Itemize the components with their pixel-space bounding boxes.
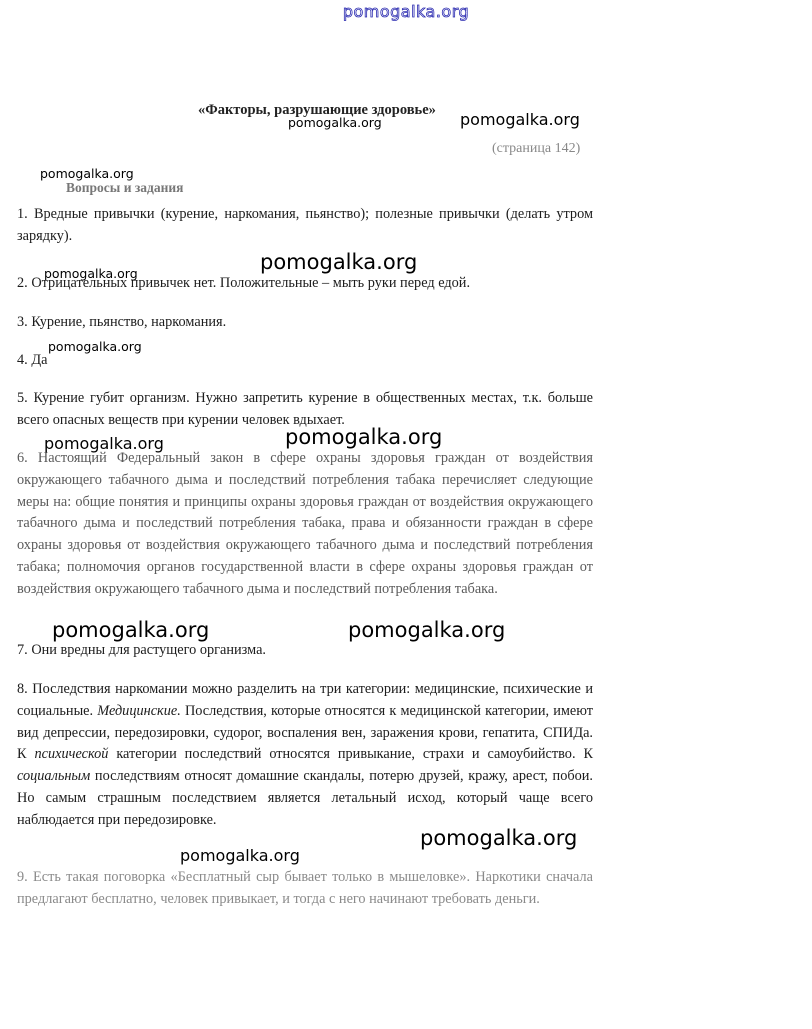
emphasis-social: социальным [17,768,90,784]
watermark: pomogalka.org [44,434,164,453]
site-header-link[interactable]: pomogalka.org [0,2,812,21]
emphasis-psychic: психической [34,746,108,762]
answer-number: 4. [17,352,28,368]
watermark: pomogalka.org [40,166,134,181]
answer-text: Они вредны для растущего организма. [31,642,266,658]
answer-text: Есть такая поговорка «Бесплатный сыр быв… [17,869,593,907]
answer-6: 6. Настоящий Федеральный закон в сфере о… [17,448,593,601]
answer-text: последствиям относят домашние скандалы, … [17,768,593,828]
answer-number: 8. [17,681,28,697]
answer-number: 6. [17,450,28,466]
answer-1: 1. Вредные привычки (курение, наркомания… [17,204,593,248]
watermark: pomogalka.org [288,115,382,130]
answer-number: 5. [17,390,28,406]
answer-number: 2. [17,275,28,291]
answer-8: 8. Последствия наркомании можно разделит… [17,679,593,832]
watermark: pomogalka.org [52,618,209,642]
watermark: pomogalka.org [285,425,442,449]
watermark: pomogalka.org [44,266,138,281]
answer-number: 1. [17,206,28,222]
watermark: pomogalka.org [48,339,142,354]
answer-9: 9. Есть такая поговорка «Бесплатный сыр … [17,867,593,911]
section-heading: Вопросы и задания [66,180,183,196]
watermark: pomogalka.org [180,846,300,865]
answer-text: Курение губит организм. Нужно запретить … [17,390,593,428]
answer-number: 9. [17,869,28,885]
answer-text: Вредные привычки (курение, наркомания, п… [17,206,593,244]
watermark: pomogalka.org [260,250,417,274]
answer-text: категории последствий относятся привыкан… [108,746,593,762]
answer-text: Настоящий Федеральный закон в сфере охра… [17,450,593,597]
page-reference: (страница 142) [492,141,580,157]
watermark: pomogalka.org [460,110,580,129]
answer-number: 3. [17,314,28,330]
answer-text: Да [31,352,47,368]
watermark: pomogalka.org [348,618,505,642]
answer-7: 7. Они вредны для растущего организма. [17,640,593,662]
watermark: pomogalka.org [420,826,577,850]
emphasis-medical: Медицинские. [97,703,181,719]
answer-number: 7. [17,642,28,658]
answer-3: 3. Курение, пьянство, наркомания. [17,312,593,334]
answer-text: Курение, пьянство, наркомания. [31,314,226,330]
